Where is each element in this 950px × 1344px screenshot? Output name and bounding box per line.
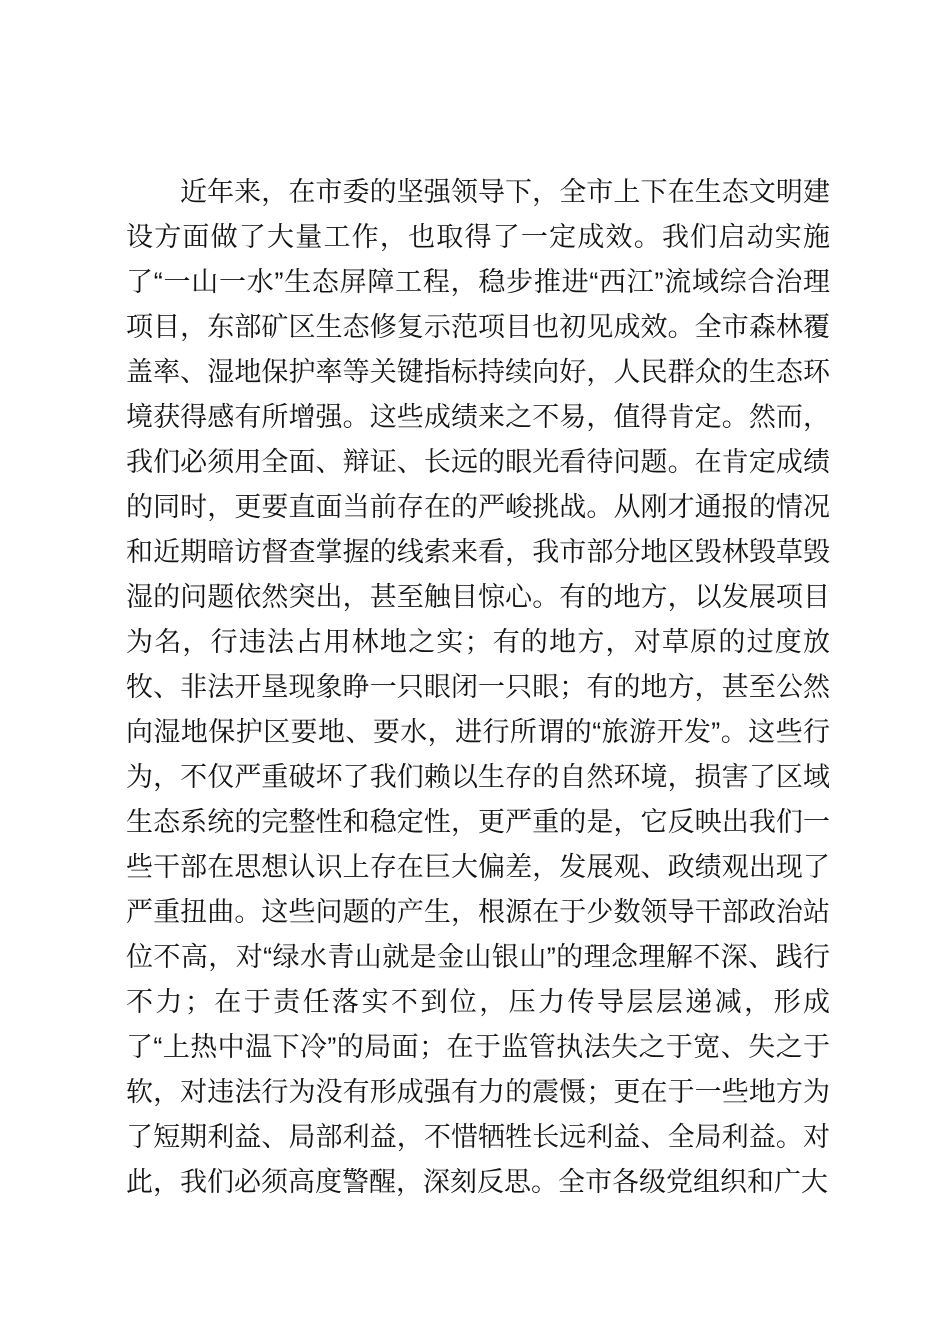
document-page: 近年来，在市委的坚强领导下，全市上下在生态文明建设方面做了大量工作，也取得了一定… [0, 0, 950, 1344]
body-paragraph: 近年来，在市委的坚强领导下，全市上下在生态文明建设方面做了大量工作，也取得了一定… [126, 170, 830, 1205]
